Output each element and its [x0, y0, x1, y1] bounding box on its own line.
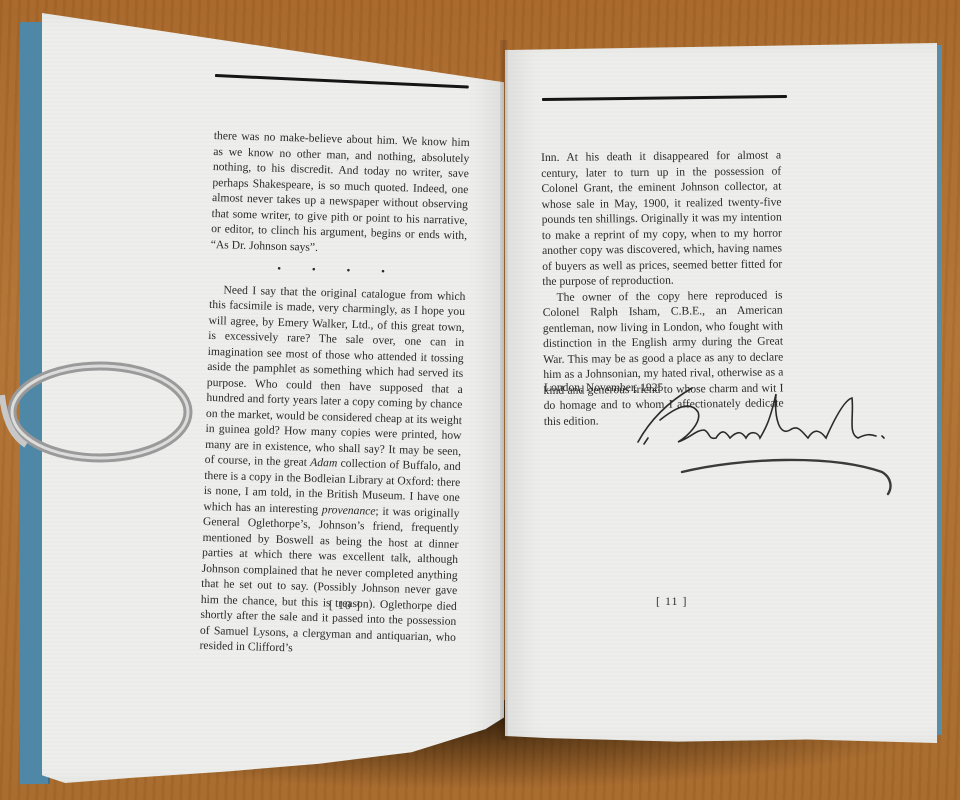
left-page-text: there was no make-believe about him. We …	[199, 128, 470, 660]
right-paragraph-1: Inn. At his death it disappeared for alm…	[541, 147, 782, 289]
left-paragraph-2-part-3: ; it was originally General Oglethorpe’s…	[199, 504, 459, 654]
left-paragraph-2-part-1: Need I say that the original catalogue f…	[205, 283, 466, 469]
section-break-asterisms: • • • •	[210, 260, 466, 283]
page-number-left: [ 10 ]	[329, 598, 361, 614]
handwritten-signature	[630, 380, 900, 500]
left-paragraph-1: there was no make-believe about him. We …	[211, 128, 470, 259]
book-gutter	[500, 40, 508, 740]
silver-ring-icon	[0, 355, 200, 470]
italic-provenance: provenance	[322, 503, 376, 517]
page-number-right: [ 11 ]	[656, 594, 688, 609]
italic-adam: Adam	[310, 456, 337, 470]
